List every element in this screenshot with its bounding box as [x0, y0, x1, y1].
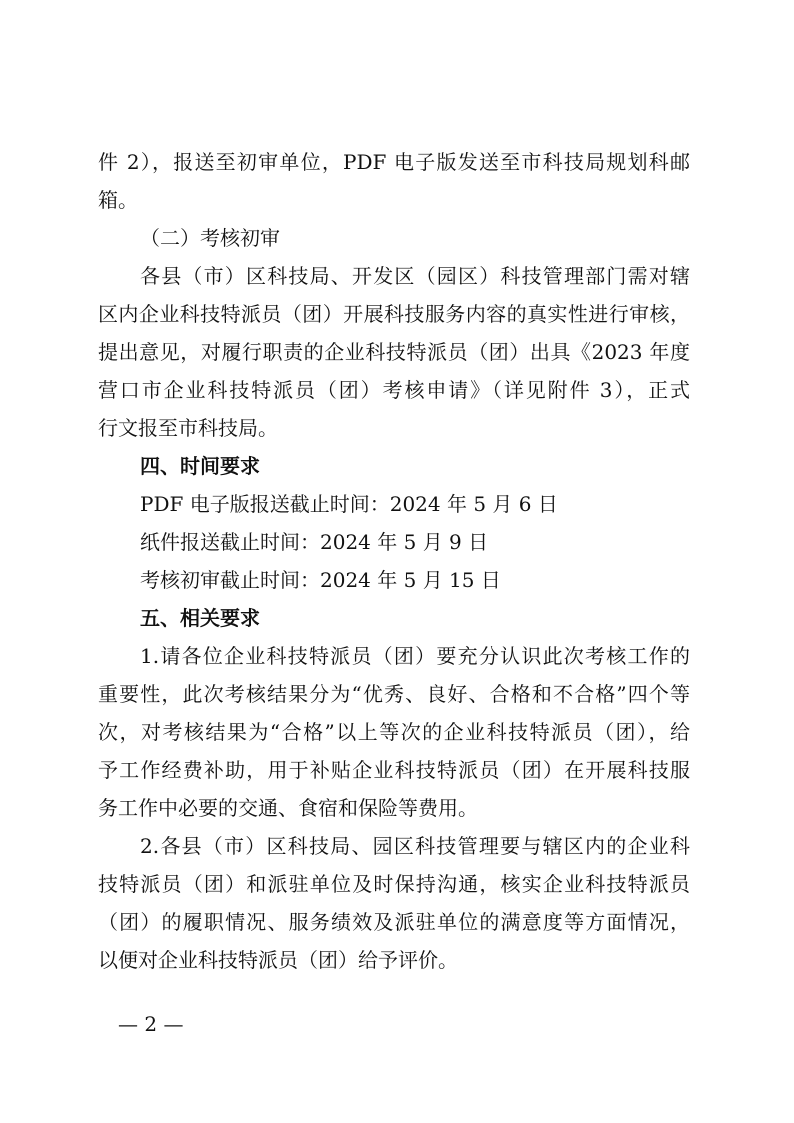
- subsection-heading: （二）考核初审: [98, 219, 690, 257]
- deadline-line: 考核初审截止时间：2024 年 5 月 15 日: [98, 561, 690, 599]
- section-heading: 四、时间要求: [98, 447, 690, 485]
- text-line: 各县（市）区科技局、开发区（园区）科技管理部门需对辖: [98, 257, 690, 295]
- section-heading: 五、相关要求: [98, 599, 690, 637]
- text-line: 区内企业科技特派员（团）开展科技服务内容的真实性进行审核，: [98, 295, 690, 333]
- text-line: 行文报至市科技局。: [98, 409, 690, 447]
- text-line: （团）的履职情况、服务绩效及派驻单位的满意度等方面情况，: [98, 903, 690, 941]
- text-line: 重要性，此次考核结果分为“优秀、良好、合格和不合格”四个等: [98, 675, 690, 713]
- text-line: 箱。: [98, 181, 690, 219]
- text-line: 以便对企业科技特派员（团）给予评价。: [98, 941, 690, 979]
- text-line: 予工作经费补助，用于补贴企业科技特派员（团）在开展科技服: [98, 751, 690, 789]
- deadline-line: 纸件报送截止时间：2024 年 5 月 9 日: [98, 523, 690, 561]
- text-line: 营口市企业科技特派员（团）考核申请》（详见附件 3），正式: [98, 371, 690, 409]
- text-line: 1.请各位企业科技特派员（团）要充分认识此次考核工作的: [98, 637, 690, 675]
- text-line: 提出意见，对履行职责的企业科技特派员（团）出具《2023 年度: [98, 333, 690, 371]
- text-line: 件 2），报送至初审单位，PDF 电子版发送至市科技局规划科邮: [98, 143, 690, 181]
- text-line: 务工作中必要的交通、食宿和保险等费用。: [98, 789, 690, 827]
- text-line: 2.各县（市）区科技局、园区科技管理要与辖区内的企业科: [98, 827, 690, 865]
- text-line: 次，对考核结果为“合格”以上等次的企业科技特派员（团），给: [98, 713, 690, 751]
- page-number: — 2 —: [118, 1012, 183, 1036]
- deadline-line: PDF 电子版报送截止时间：2024 年 5 月 6 日: [98, 485, 690, 523]
- text-line: 技特派员（团）和派驻单位及时保持沟通，核实企业科技特派员: [98, 865, 690, 903]
- document-body: 件 2），报送至初审单位，PDF 电子版发送至市科技局规划科邮 箱。 （二）考核…: [98, 143, 690, 979]
